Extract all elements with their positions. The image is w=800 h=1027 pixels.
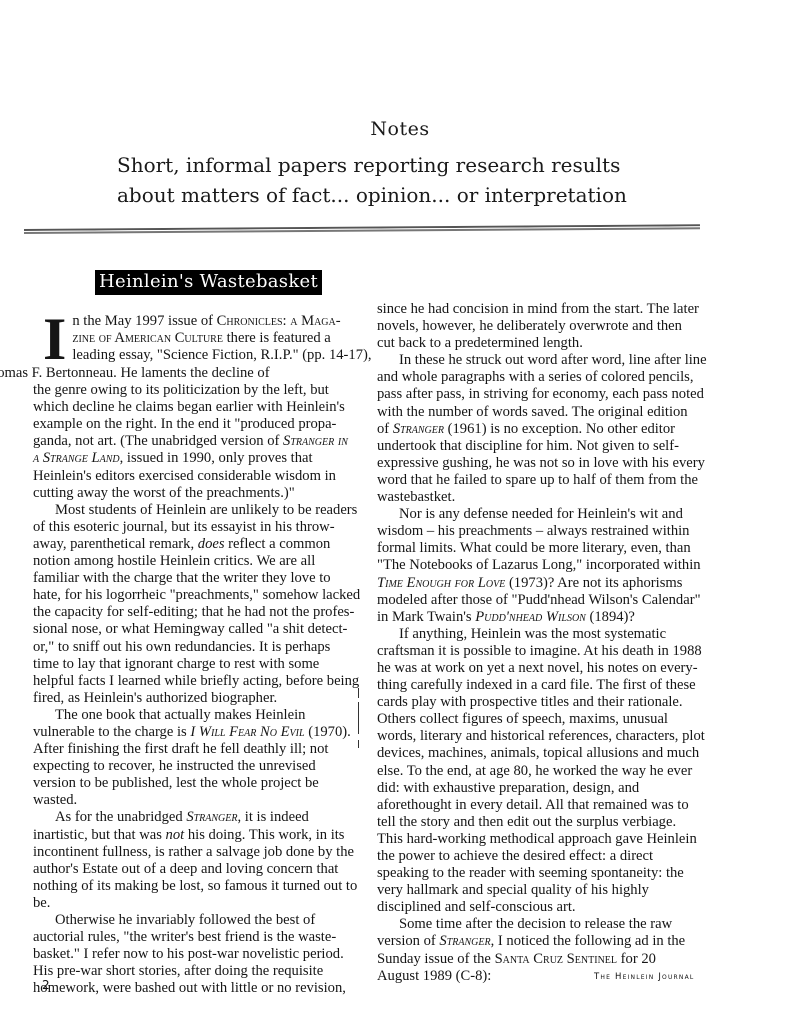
page-number: 2 <box>42 978 50 992</box>
paragraph-3: The one book that actually makes Heinlei… <box>33 707 363 810</box>
article-title: Heinlein's Wastebasket <box>95 270 322 295</box>
margin-mark <box>358 740 359 748</box>
paragraph-1: I n the May 1997 issue of Chronicles: a … <box>33 313 363 502</box>
header-divider-rule <box>24 224 700 234</box>
paragraph-6: since he had concision in mind from the … <box>377 301 715 352</box>
right-column: since he had concision in mind from the … <box>377 301 715 985</box>
paragraph-7: In these he struck out word after word, … <box>377 352 715 506</box>
paragraph-4: As for the unabridged Stranger, it is in… <box>33 809 363 912</box>
subtitle-line-1: Short, informal papers reporting researc… <box>117 150 717 180</box>
paragraph-9: If anything, Heinlein was the most syste… <box>377 626 715 917</box>
section-title: Notes <box>0 118 800 140</box>
section-subtitle: Short, informal papers reporting researc… <box>117 150 717 210</box>
margin-mark <box>358 688 359 698</box>
paragraph-2: Most students of Heinlein are unlikely t… <box>33 502 363 707</box>
paragraph-5: Otherwise he invariably followed the bes… <box>33 912 363 997</box>
drop-cap: I <box>43 313 66 365</box>
margin-mark <box>358 702 359 734</box>
paragraph-8: Nor is any defense needed for Heinlein's… <box>377 506 715 626</box>
journal-name-footer: The Heinlein Journal <box>594 972 694 982</box>
document-page: Notes Short, informal papers reporting r… <box>0 0 800 1027</box>
left-column: I n the May 1997 issue of Chronicles: a … <box>33 313 363 997</box>
subtitle-line-2: about matters of fact... opinion... or i… <box>117 180 717 210</box>
